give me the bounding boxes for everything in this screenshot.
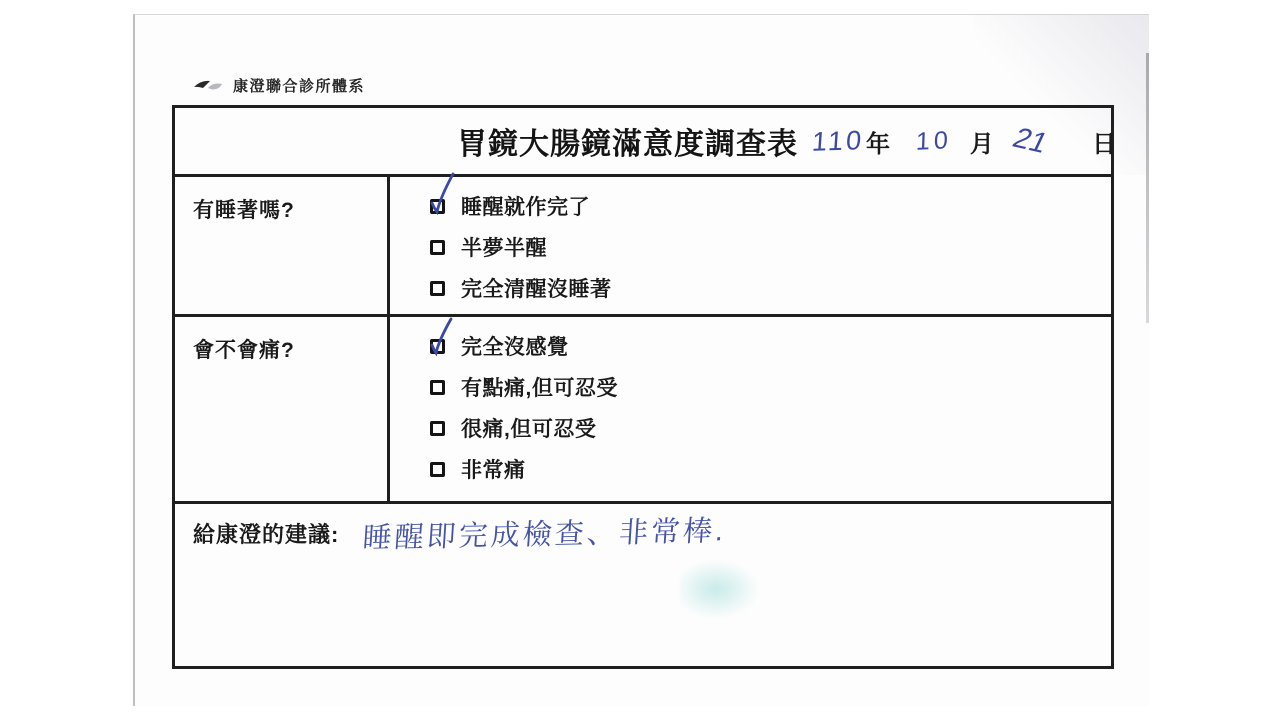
survey-table: 胃鏡大腸鏡滿意度調查表 110 年 10 月 21 日 有睡著嗎? — [172, 105, 1114, 669]
month-unit-label: 月 — [970, 124, 994, 159]
question-row-pain: 會不會痛? 完全沒感覺 有點痛,但可忍受 — [175, 317, 1111, 504]
option-row: 睡醒就作完了 — [430, 192, 612, 220]
handwritten-month-value: 10 — [915, 126, 952, 157]
question-row-sleep: 有睡著嗎? 睡醒就作完了 半夢半醒 — [175, 177, 1111, 317]
clinic-brand: 康澄聯合診所體系 — [193, 75, 365, 96]
option-row: 完全沒感覺 — [430, 332, 618, 360]
checkbox-icon — [430, 462, 445, 477]
day-unit-label: 日 — [1092, 124, 1116, 159]
checkbox-checked — [430, 338, 446, 354]
date-group: 110 年 10 月 21 日 — [812, 124, 1116, 159]
checkbox-unchecked — [430, 420, 446, 436]
question-label-cell: 會不會痛? — [175, 317, 390, 501]
checkbox-icon — [430, 421, 445, 436]
form-title: 胃鏡大腸鏡滿意度調查表 — [457, 119, 798, 163]
handwritten-suggestion-text: 睡醒即完成檢查、非常棒. — [362, 508, 728, 557]
checkbox-icon — [430, 380, 445, 395]
checkbox-icon — [430, 339, 445, 354]
option-row: 半夢半醒 — [430, 233, 612, 261]
scanned-form-page: 康澄聯合診所體系 胃鏡大腸鏡滿意度調查表 110 年 10 月 21 日 有睡著… — [133, 14, 1149, 706]
scan-right-edge-artifact — [1146, 53, 1149, 323]
option-label: 完全沒感覺 — [461, 331, 569, 361]
handwritten-year-value: 110 — [811, 125, 865, 158]
clinic-logo-icon — [193, 78, 225, 94]
option-label: 很痛,但可忍受 — [461, 413, 596, 443]
suggestion-line: 給康澄的建議: 睡醒即完成檢查、非常棒. — [193, 518, 1111, 553]
option-row: 有點痛,但可忍受 — [430, 373, 618, 401]
year-unit-label: 年 — [866, 124, 890, 159]
option-label: 完全清醒沒睡著 — [461, 273, 612, 303]
suggestion-label: 給康澄的建議: — [193, 518, 339, 549]
question-sleep-options: 睡醒就作完了 半夢半醒 完全清醒沒睡著 — [390, 177, 612, 314]
suggestion-row: 給康澄的建議: 睡醒即完成檢查、非常棒. — [175, 504, 1111, 663]
question-sleep-label: 有睡著嗎? — [193, 199, 295, 222]
checkbox-unchecked — [430, 379, 446, 395]
checkbox-icon — [430, 240, 445, 255]
handwritten-day-value: 21 — [1007, 122, 1053, 160]
question-label-cell: 有睡著嗎? — [175, 177, 390, 314]
checkbox-unchecked — [430, 461, 446, 477]
option-row: 完全清醒沒睡著 — [430, 274, 612, 302]
question-pain-options: 完全沒感覺 有點痛,但可忍受 很痛,但可忍受 — [390, 317, 618, 501]
checkbox-icon — [430, 281, 445, 296]
clinic-name-label: 康澄聯合診所體系 — [233, 75, 365, 96]
option-label: 有點痛,但可忍受 — [461, 372, 618, 402]
option-row: 非常痛 — [430, 455, 618, 483]
option-label: 半夢半醒 — [461, 232, 547, 262]
checkbox-icon — [430, 199, 445, 214]
checkbox-unchecked — [430, 239, 446, 255]
title-row: 胃鏡大腸鏡滿意度調查表 110 年 10 月 21 日 — [175, 108, 1111, 177]
checkbox-checked — [430, 198, 446, 214]
option-label: 非常痛 — [461, 454, 526, 484]
option-label: 睡醒就作完了 — [461, 191, 590, 221]
option-row: 很痛,但可忍受 — [430, 414, 618, 442]
stamp-bleed-smudge — [680, 559, 760, 619]
question-pain-label: 會不會痛? — [193, 339, 295, 362]
checkbox-unchecked — [430, 280, 446, 296]
